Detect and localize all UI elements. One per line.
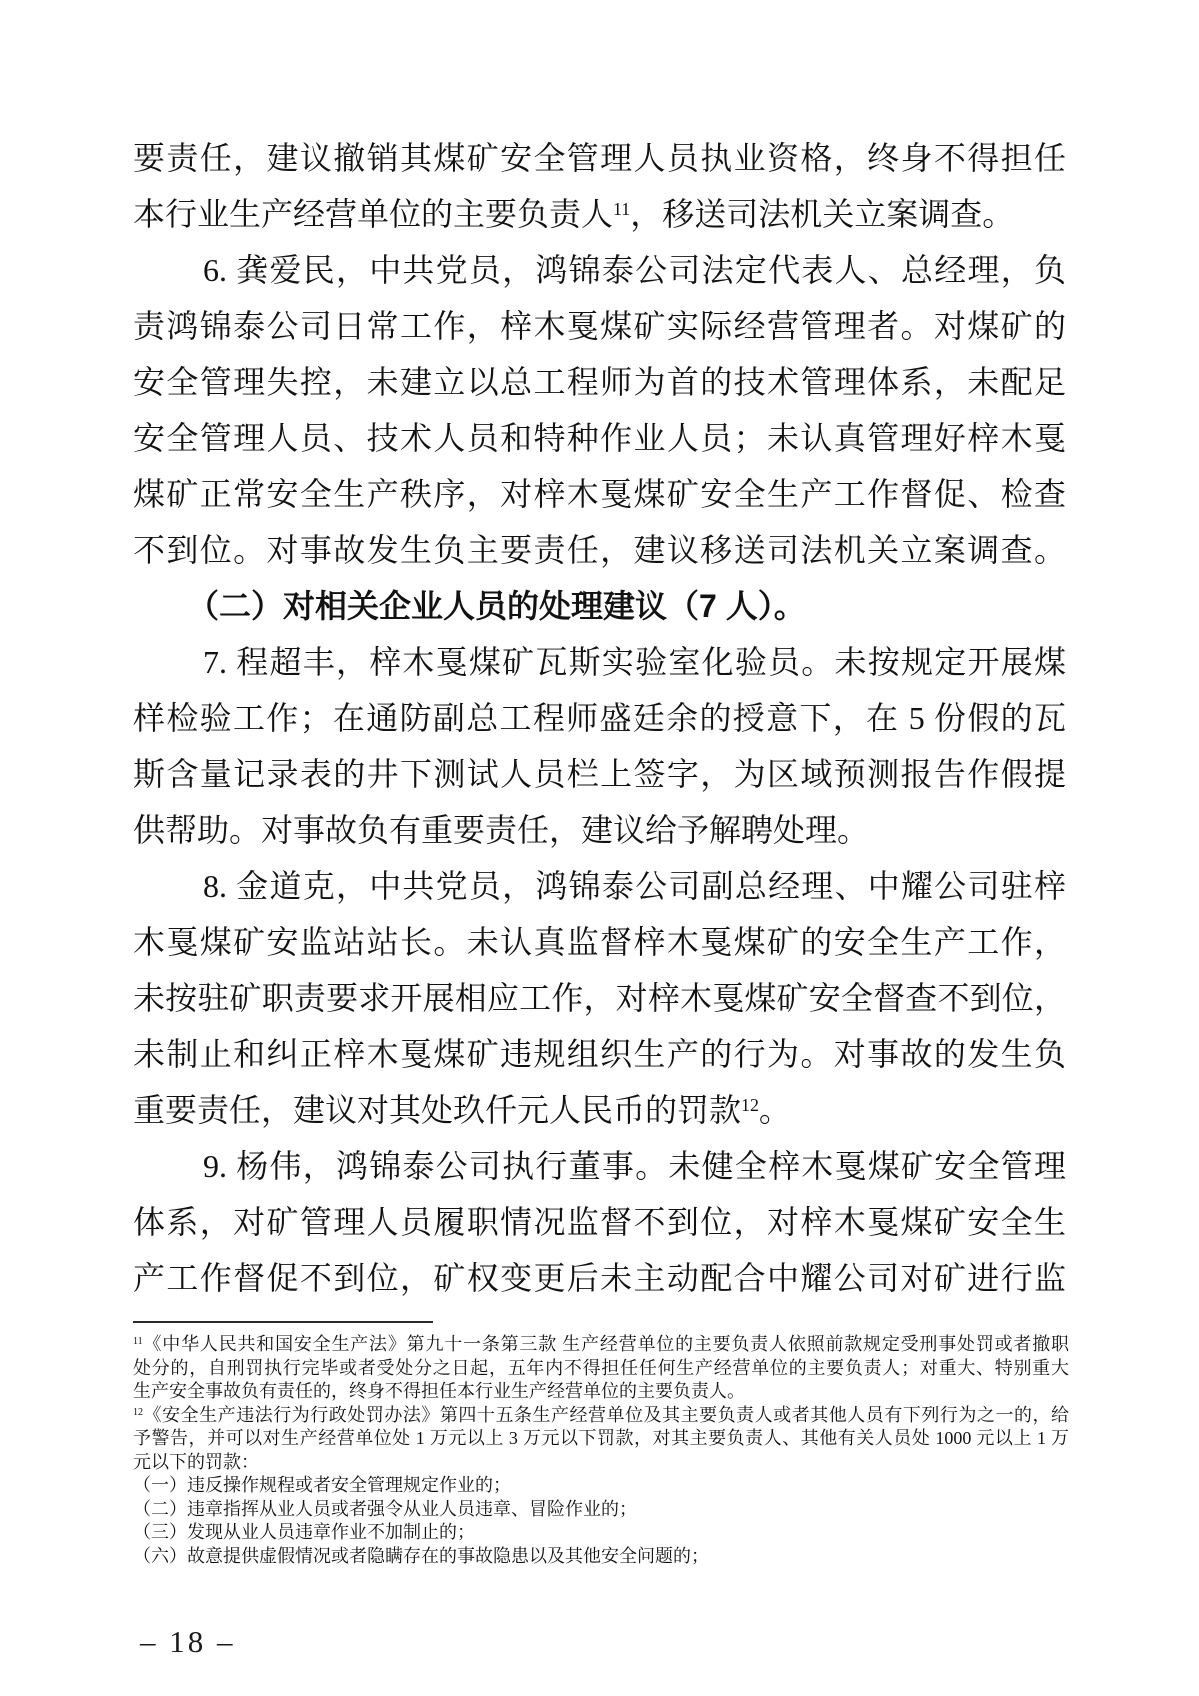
document-page: 要责任，建议撤销其煤矿安全管理人员执业资格，终身不得担任本行业生产经营单位的主要…: [0, 0, 1199, 1696]
footnote-line: 处分的，自刑罚执行完毕或者受处分之日起，五年内不得担任任何生产经营单位的主要负责…: [133, 1357, 1069, 1381]
text-run: 处分的，自刑罚执行完毕或者受处分之日起，五年内不得担任任何生产经营单位的主要负责…: [133, 1358, 1069, 1378]
footnote-line: （六）故意提供虚假情况或者隐瞒存在的事故隐患以及其他安全问题的；: [133, 1545, 1069, 1569]
body-text-line: 未制止和纠正梓木戛煤矿违规组织生产的行为。对事故的发生负: [133, 1026, 1066, 1082]
text-run: 样检验工作；在通防副总工程师盛廷余的授意下，在 5 份假的瓦: [133, 700, 1066, 736]
text-run: 7. 程超丰，梓木戛煤矿瓦斯实验室化验员。未按规定开展煤: [203, 644, 1066, 680]
text-run: （三）发现从业人员违章作业不加制止的；: [133, 1522, 475, 1542]
body-text-line: 安全管理失控，未建立以总工程师为首的技术管理体系，未配足: [133, 354, 1066, 410]
body-text-line: 煤矿正常安全生产秩序，对梓木戛煤矿安全生产工作督促、检查: [133, 466, 1066, 522]
text-run: 责鸿锦泰公司日常工作，梓木戛煤矿实际经营管理者。对煤矿的: [133, 308, 1066, 344]
text-run: （六）故意提供虚假情况或者隐瞒存在的事故隐患以及其他安全问题的；: [133, 1546, 709, 1566]
text-run: 9. 杨伟，鸿锦泰公司执行董事。未健全梓木戛煤矿安全管理: [203, 1148, 1066, 1184]
body-text-line: 6. 龚爱民，中共党员，鸿锦泰公司法定代表人、总经理，负: [133, 242, 1066, 298]
body-text-line: 重要责任，建议对其处玖仟元人民币的罚款12。: [133, 1082, 1066, 1138]
text-run: 予警告，并可以对生产经营单位处 1 万元以上 3 万元以下罚款，对其主要负责人、…: [133, 1428, 1069, 1448]
text-run: 体系，对矿管理人员履职情况监督不到位，对梓木戛煤矿安全生: [133, 1204, 1066, 1240]
body-text-line: 9. 杨伟，鸿锦泰公司执行董事。未健全梓木戛煤矿安全管理: [133, 1138, 1066, 1194]
text-run: 《安全生产违法行为行政处罚办法》第四十五条生产经营单位及其主要负责人或者其他人员…: [143, 1405, 1069, 1425]
footnote-separator: [133, 1321, 433, 1323]
body-text-line: 安全管理人员、技术人员和特种作业人员；未认真管理好梓木戛: [133, 410, 1066, 466]
text-run: 要责任，建议撤销其煤矿安全管理人员执业资格，终身不得担任: [133, 140, 1066, 176]
body-text-line: 木戛煤矿安监站站长。未认真监督梓木戛煤矿的安全生产工作，: [133, 914, 1066, 970]
text-run: 本行业生产经营单位的主要负责人: [133, 196, 613, 232]
footnote-reference: 11: [133, 1336, 143, 1347]
body-text-line: 体系，对矿管理人员履职情况监督不到位，对梓木戛煤矿安全生: [133, 1194, 1066, 1250]
text-run: 安全管理失控，未建立以总工程师为首的技术管理体系，未配足: [133, 364, 1066, 400]
footnote-reference: 12: [741, 1095, 759, 1115]
text-run: 未制止和纠正梓木戛煤矿违规组织生产的行为。对事故的发生负: [133, 1036, 1066, 1072]
footnote-line: 予警告，并可以对生产经营单位处 1 万元以上 3 万元以下罚款，对其主要负责人、…: [133, 1427, 1069, 1451]
text-run: 安全管理人员、技术人员和特种作业人员；未认真管理好梓木戛: [133, 420, 1066, 456]
text-run: 木戛煤矿安监站站长。未认真监督梓木戛煤矿的安全生产工作，: [133, 924, 1066, 960]
footnote-line: （一）违反操作规程或者安全管理规定作业的；: [133, 1474, 1069, 1498]
text-run: 供帮助。对事故负有重要责任，建议给予解聘处理。: [133, 812, 869, 848]
document-body: 要责任，建议撤销其煤矿安全管理人员执业资格，终身不得担任本行业生产经营单位的主要…: [133, 130, 1066, 1306]
text-run: 斯含量记录表的井下测试人员栏上签字，为区域预测报告作假提: [133, 756, 1066, 792]
body-text-line: 7. 程超丰，梓木戛煤矿瓦斯实验室化验员。未按规定开展煤: [133, 634, 1066, 690]
text-run: 《中华人民共和国安全生产法》第九十一条第三款 生产经营单位的主要负责人依照前款规…: [143, 1334, 1069, 1354]
text-run: （一）违反操作规程或者安全管理规定作业的；: [133, 1475, 511, 1495]
footnote-line: 生产安全事故负有责任的，终身不得担任本行业生产经营单位的主要负责人。: [133, 1380, 1069, 1404]
text-run: 不到位。对事故发生负主要责任，建议移送司法机关立案调查。: [133, 532, 1066, 568]
text-run: （二）违章指挥从业人员或者强令从业人员违章、冒险作业的；: [133, 1499, 637, 1519]
footnote-reference: 11: [613, 199, 630, 219]
page-number: – 18 –: [140, 1624, 236, 1660]
footnotes-section: 11《中华人民共和国安全生产法》第九十一条第三款 生产经营单位的主要负责人依照前…: [133, 1333, 1069, 1568]
body-text-line: 本行业生产经营单位的主要负责人11，移送司法机关立案调查。: [133, 186, 1066, 242]
footnote-line: （二）违章指挥从业人员或者强令从业人员违章、冒险作业的；: [133, 1498, 1069, 1522]
footnote-line: （三）发现从业人员违章作业不加制止的；: [133, 1521, 1069, 1545]
footnote-line: 12《安全生产违法行为行政处罚办法》第四十五条生产经营单位及其主要负责人或者其他…: [133, 1404, 1069, 1428]
body-text-line: 斯含量记录表的井下测试人员栏上签字，为区域预测报告作假提: [133, 746, 1066, 802]
footnote-reference: 12: [133, 1407, 143, 1418]
body-text-line: 产工作督促不到位，矿权变更后未主动配合中耀公司对矿进行监: [133, 1250, 1066, 1306]
body-text-line: 要责任，建议撤销其煤矿安全管理人员执业资格，终身不得担任: [133, 130, 1066, 186]
body-text-line: 8. 金道克，中共党员，鸿锦泰公司副总经理、中耀公司驻梓: [133, 858, 1066, 914]
body-text-line: 样检验工作；在通防副总工程师盛廷余的授意下，在 5 份假的瓦: [133, 690, 1066, 746]
text-run: 。: [759, 1092, 791, 1128]
text-run: 8. 金道克，中共党员，鸿锦泰公司副总经理、中耀公司驻梓: [203, 868, 1066, 904]
footnote-line: 11《中华人民共和国安全生产法》第九十一条第三款 生产经营单位的主要负责人依照前…: [133, 1333, 1069, 1357]
text-run: 元以下的罚款：: [133, 1452, 259, 1472]
text-run: 未按驻矿职责要求开展相应工作，对梓木戛煤矿安全督查不到位，: [133, 980, 1066, 1016]
text-run: 6. 龚爱民，中共党员，鸿锦泰公司法定代表人、总经理，负: [203, 252, 1066, 288]
text-run: 煤矿正常安全生产秩序，对梓木戛煤矿安全生产工作督促、检查: [133, 476, 1066, 512]
footnote-line: 元以下的罚款：: [133, 1451, 1069, 1475]
text-run: ，移送司法机关立案调查。: [630, 196, 1014, 232]
body-text-line: 未按驻矿职责要求开展相应工作，对梓木戛煤矿安全督查不到位，: [133, 970, 1066, 1026]
body-text-line: 不到位。对事故发生负主要责任，建议移送司法机关立案调查。: [133, 522, 1066, 578]
text-run: 重要责任，建议对其处玖仟元人民币的罚款: [133, 1092, 741, 1128]
text-run: 生产安全事故负有责任的，终身不得担任本行业生产经营单位的主要负责人。: [133, 1381, 745, 1401]
section-heading: （二）对相关企业人员的处理建议（7 人）。: [133, 578, 1066, 634]
text-run: （二）对相关企业人员的处理建议（7 人）。: [187, 588, 806, 624]
body-text-line: 责鸿锦泰公司日常工作，梓木戛煤矿实际经营管理者。对煤矿的: [133, 298, 1066, 354]
text-run: 产工作督促不到位，矿权变更后未主动配合中耀公司对矿进行监: [133, 1260, 1066, 1296]
body-text-line: 供帮助。对事故负有重要责任，建议给予解聘处理。: [133, 802, 1066, 858]
